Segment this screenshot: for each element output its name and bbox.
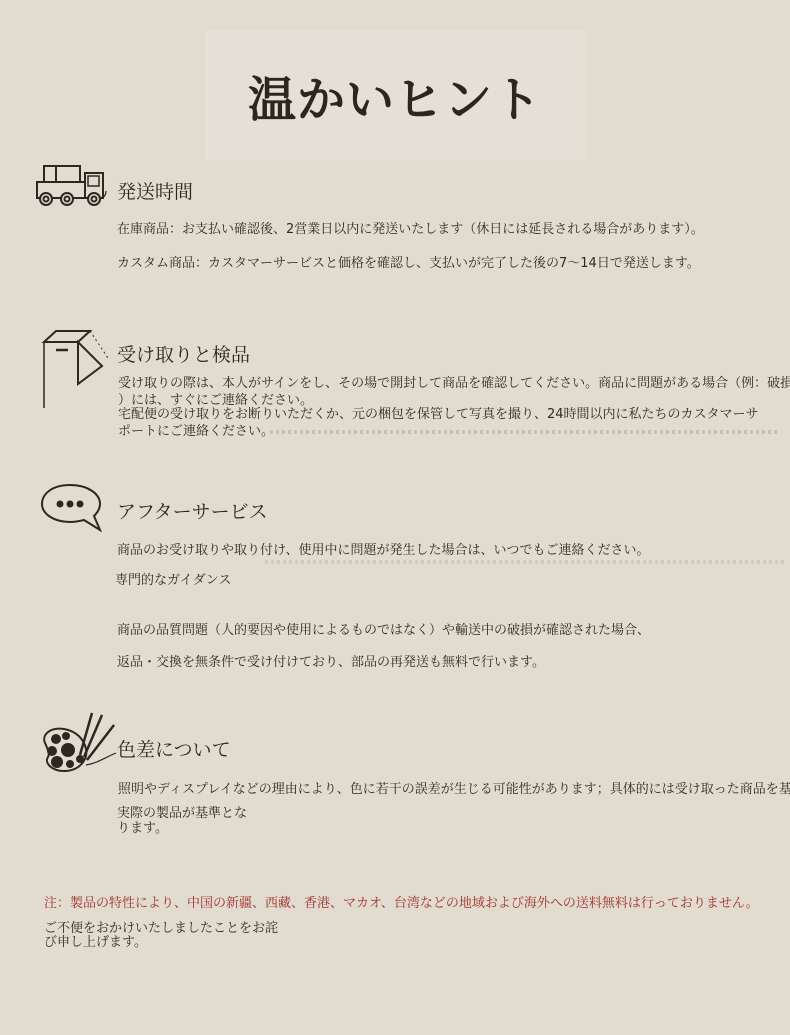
after-sales-text-line-1: 商品のお受け取りや取り付け、使用中に問題が発生した場合は、いつでもご連絡ください… [117, 543, 649, 559]
color-text-line-3: ります。 [117, 821, 168, 837]
section-heading-after-sales: アフターサービス [117, 500, 268, 524]
truck-icon [34, 163, 114, 211]
receipt-text-line-1: 受け取りの際は、本人がサインをし、その場で開封して商品を確認してください。商品に… [118, 376, 790, 392]
speech-bubble-icon [40, 482, 106, 532]
after-sales-text-line-4: 返品・交換を無条件で受け付けており、部品の再発送も無料で行います。 [117, 655, 545, 671]
after-sales-text-line-2: 専門的なガイダンス [115, 573, 231, 589]
decorative-smudge [265, 560, 785, 564]
section-heading-shipping: 発送時間 [117, 180, 193, 204]
receipt-text-line-3: 宅配便の受け取りをお断りいただくか、元の梱包を保管して写真を撮り、24時間以内に… [118, 407, 759, 423]
palette-icon [40, 705, 118, 775]
box-icon [40, 328, 114, 412]
receipt-text-line-4: ポートにご連絡ください。 [118, 424, 274, 440]
shipping-custom-text: カスタム商品：カスタマーサービスと価格を確認し、支払いが完了した後の7〜14日で… [117, 256, 700, 272]
section-heading-color-difference: 色差について [117, 738, 231, 762]
page-title: 温かいヒント [0, 68, 790, 132]
color-text-line-1: 照明やディスプレイなどの理由により、色に若干の誤差が生じる可能性があります；具体… [118, 782, 790, 798]
section-heading-receipt: 受け取りと検品 [117, 343, 250, 367]
apology-text-line-2: び申し上げます。 [44, 935, 147, 951]
shipping-restriction-note: 注：製品の特性により、中国の新疆、西藏、香港、マカオ、台湾などの地域および海外へ… [44, 896, 759, 912]
shipping-stock-text: 在庫商品：お支払い確認後、2営業日以内に発送いたします（休日には延長される場合が… [117, 222, 704, 238]
color-text-line-2: 実際の製品が基準とな [117, 806, 247, 822]
page: 温かいヒント 発送時間 在庫商品：お支払い確認後、2営業日以内に発送いたします（… [0, 0, 790, 1035]
decorative-smudge [270, 430, 780, 434]
after-sales-text-line-3: 商品の品質問題（人的要因や使用によるものではなく）や輸送中の破損が確認された場合… [117, 623, 650, 639]
